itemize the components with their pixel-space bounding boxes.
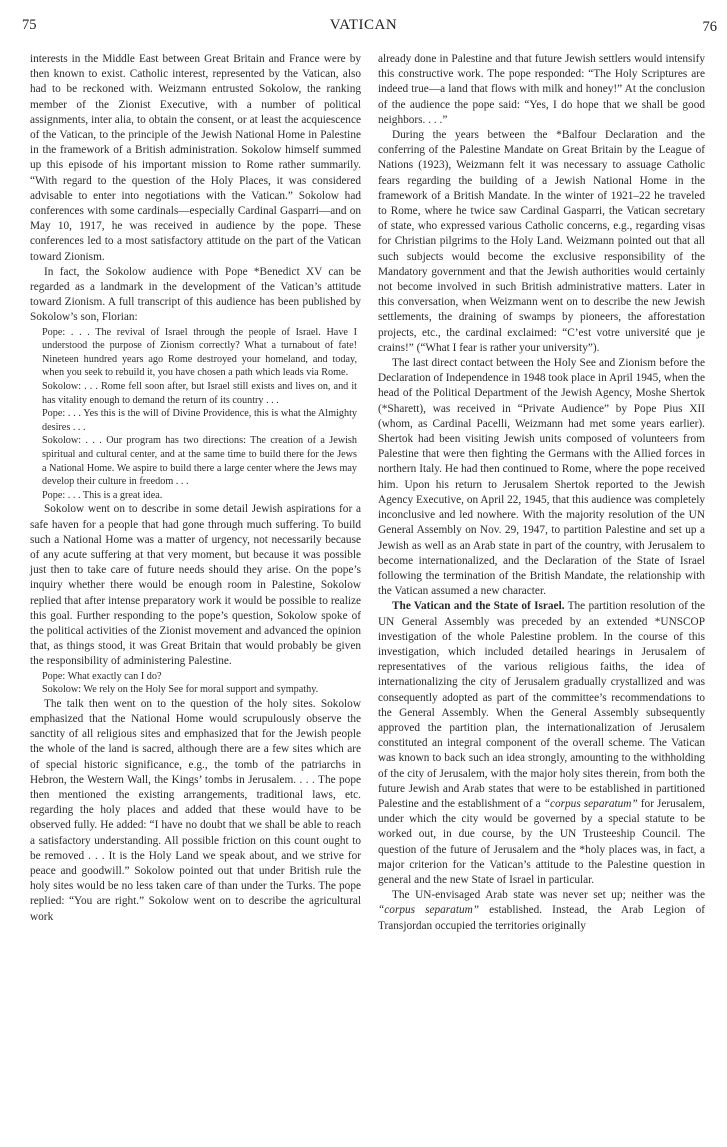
- right-page-number: 76: [703, 19, 718, 36]
- paragraph: The talk then went on to the question of…: [30, 697, 361, 925]
- paragraph: The last direct contact between the Holy…: [378, 356, 705, 599]
- paragraph: already done in Palestine and that futur…: [378, 52, 705, 128]
- dialog-line: Pope: . . . The revival of Israel throug…: [42, 326, 357, 380]
- right-column: already done in Palestine and that futur…: [378, 52, 705, 934]
- dialog-line: Pope: What exactly can I do?: [42, 670, 357, 684]
- italic-term: “corpus separatum”: [544, 798, 638, 810]
- page-header: 75 VATICAN 76: [0, 0, 727, 40]
- paragraph-text: for Jerusalem, under which the city woul…: [378, 798, 705, 886]
- dialog-transcript: Pope: . . . The revival of Israel throug…: [30, 326, 361, 503]
- dialog-line: Pope: . . . Yes this is the will of Divi…: [42, 407, 357, 434]
- paragraph: interests in the Middle East between Gre…: [30, 52, 361, 265]
- left-column: interests in the Middle East between Gre…: [30, 52, 361, 925]
- dialog-line: Sokolow: We rely on the Holy See for mor…: [42, 683, 357, 697]
- italic-term: “corpus separatum”: [378, 904, 479, 916]
- paragraph-text: The UN-envisaged Arab state was never se…: [392, 889, 705, 901]
- paragraph: Sokolow went on to describe in some deta…: [30, 502, 361, 669]
- dialog-line: Sokolow: . . . Rome fell soon after, but…: [42, 380, 357, 407]
- dialog-line: Sokolow: . . . Our program has two direc…: [42, 434, 357, 488]
- running-head: VATICAN: [0, 17, 727, 34]
- paragraph: The Vatican and the State of Israel. The…: [378, 599, 705, 888]
- paragraph: During the years between the *Balfour De…: [378, 128, 705, 356]
- dialog-transcript: Pope: What exactly can I do? Sokolow: We…: [30, 670, 361, 697]
- paragraph-text: The partition resolution of the UN Gener…: [378, 600, 705, 810]
- paragraph: The UN-envisaged Arab state was never se…: [378, 888, 705, 934]
- section-heading: The Vatican and the State of Israel.: [392, 600, 565, 612]
- dialog-line: Pope: . . . This is a great idea.: [42, 489, 357, 503]
- paragraph: In fact, the Sokolow audience with Pope …: [30, 265, 361, 326]
